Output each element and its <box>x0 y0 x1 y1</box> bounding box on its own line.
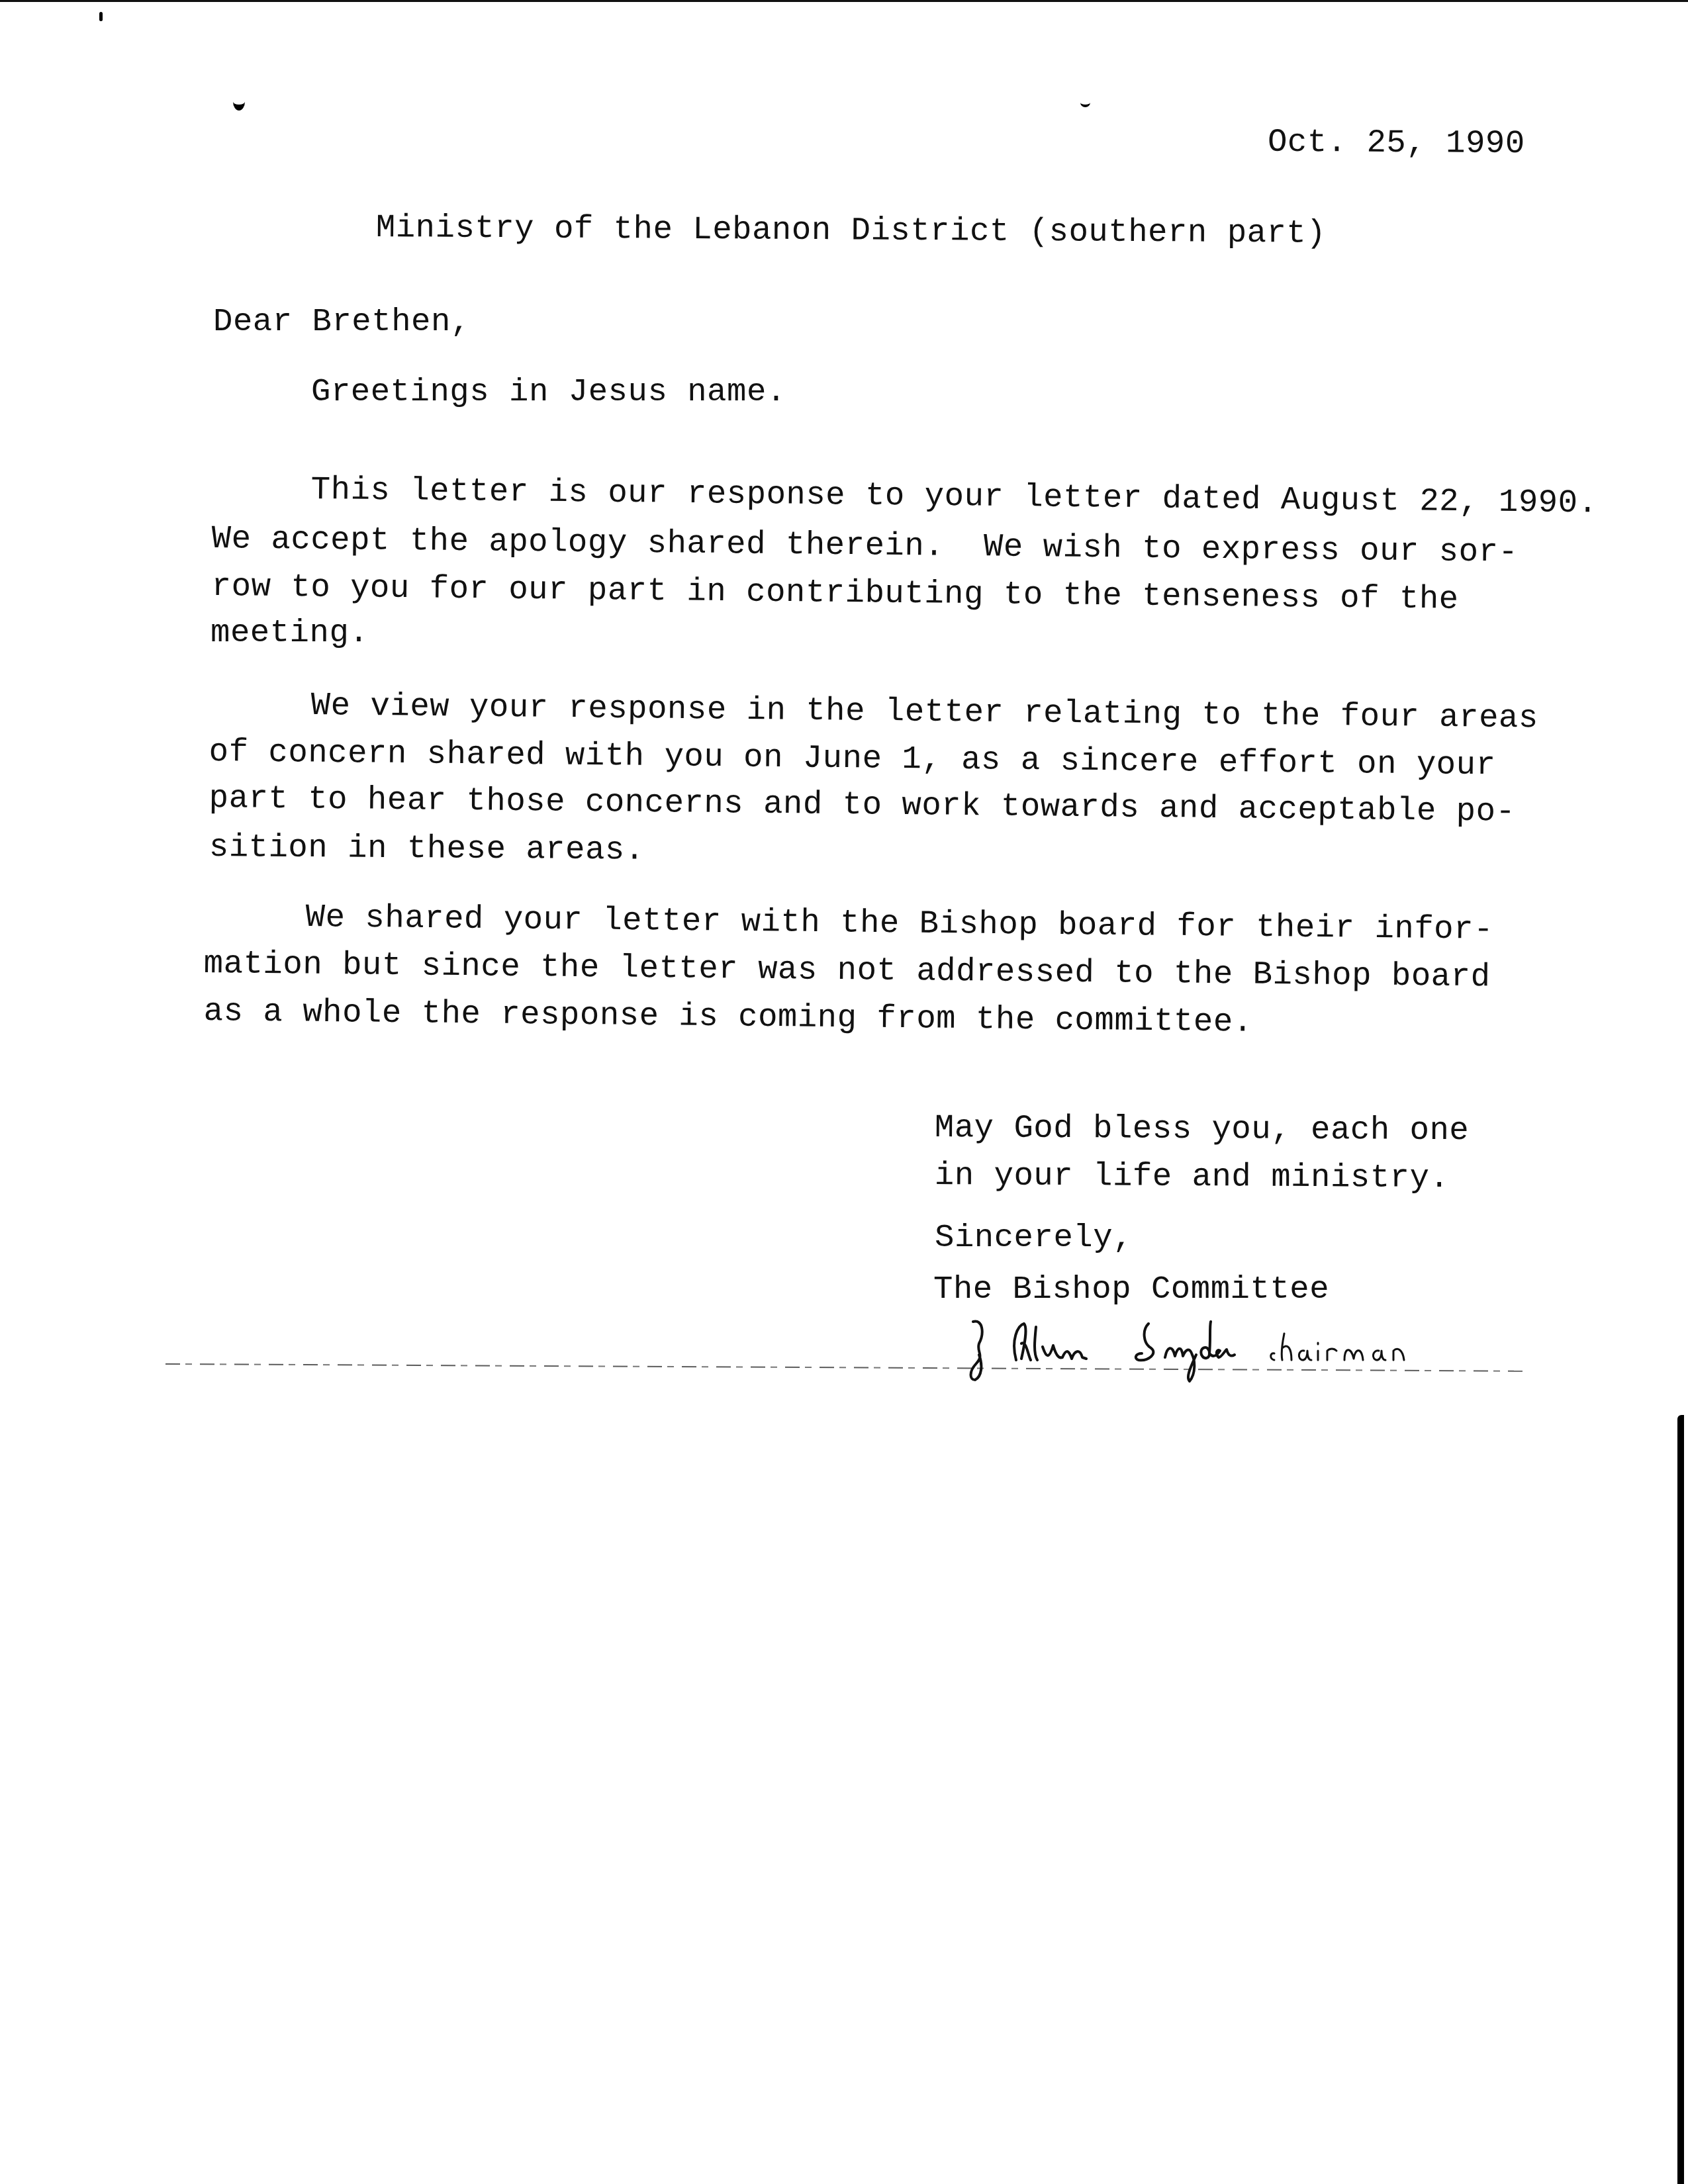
paragraph-line: We shared your letter with the Bishop bo… <box>305 901 1493 946</box>
blessing-line: in your life and ministry. <box>935 1160 1450 1195</box>
paragraph-line: meeting. <box>211 617 369 649</box>
scan-artifact <box>99 12 103 21</box>
scan-edge-right <box>1677 1415 1684 2184</box>
closing: Sincerely, <box>935 1222 1133 1254</box>
paragraph-line: mation but since the letter was not addr… <box>203 948 1490 993</box>
letter-heading: Ministry of the Lebanon District (southe… <box>376 212 1327 250</box>
paragraph-line: We view your response in the letter rela… <box>310 690 1538 735</box>
letter-page: Oct. 25, 1990 Ministry of the Lebanon Di… <box>0 0 1688 2184</box>
paragraph-line: sition in these areas. <box>209 831 645 867</box>
handwritten-signature <box>950 1314 1546 1387</box>
blessing-line: May God bless you, each one <box>935 1112 1470 1147</box>
letter-date: Oct. 25, 1990 <box>1268 126 1525 160</box>
paragraph-line: row to you for our part in contributing … <box>211 570 1458 616</box>
salutation: Dear Brethen, <box>213 306 471 338</box>
paragraph-line: of concern shared with you on June 1, as… <box>209 736 1495 782</box>
paragraph-line: We accept the apology shared therein. We… <box>211 523 1518 569</box>
scan-edge-top <box>0 0 1688 2</box>
greeting: Greetings in Jesus name. <box>311 376 786 408</box>
signature-icon <box>950 1314 1546 1387</box>
signatory: The Bishop Committee <box>933 1273 1329 1306</box>
paragraph-line: This letter is our response to your lett… <box>310 474 1597 520</box>
scan-artifact <box>233 93 245 111</box>
paragraph-line: as a whole the response is coming from t… <box>203 995 1252 1039</box>
scan-artifact <box>1080 98 1090 107</box>
paragraph-line: part to hear those concerns and to work … <box>209 782 1515 829</box>
